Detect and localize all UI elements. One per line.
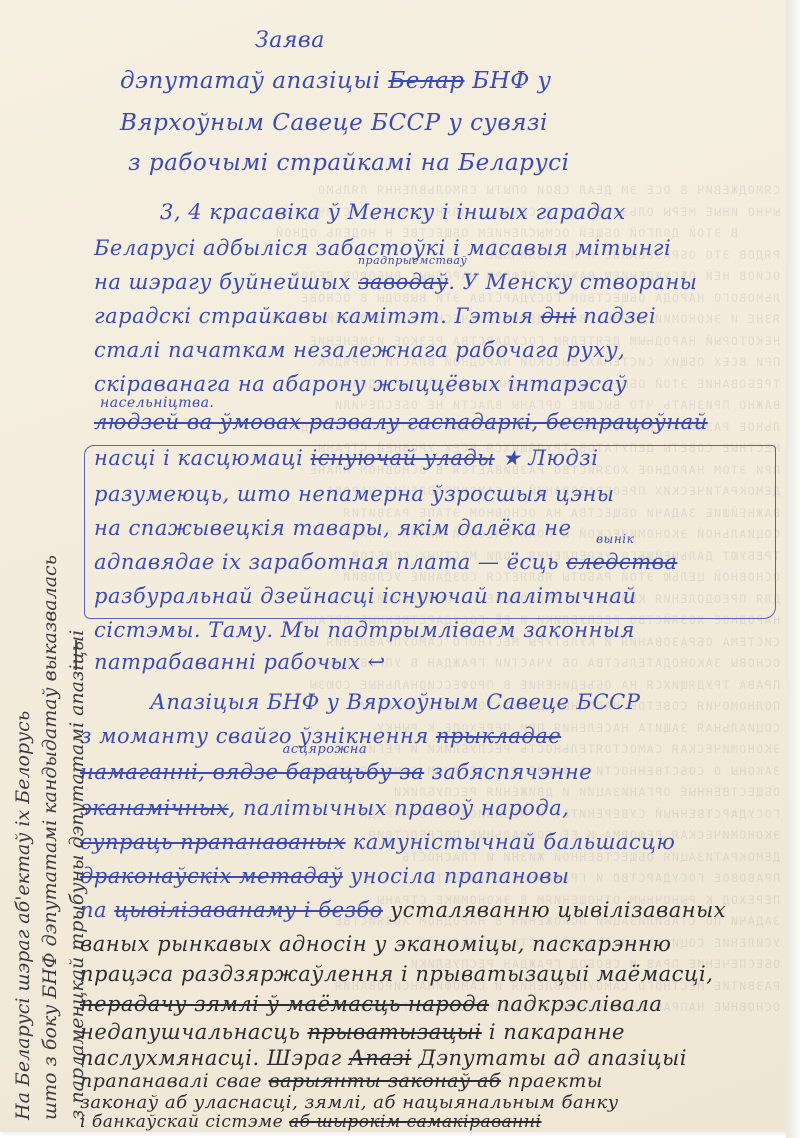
heading-line-3: з рабочымі страйкамі на Беларусі (128, 150, 569, 176)
paragraph-2-line-11: недапушчальнасць прыватызацыі і пакаранн… (80, 1020, 625, 1044)
paragraph-2-line-9: працэса раздзяржаўлення і прыватызацыі м… (80, 962, 713, 986)
paragraph-2-line-7: па цывілізаванаму і безбо усталяванню цы… (80, 898, 726, 922)
struck-text: намаганні, (80, 760, 213, 784)
heading-line-1: дэпутатаў апазіцыі Белар БНФ у (120, 68, 552, 94)
paragraph-1-line-7: людзей ва ўмовах развалу гаспадаркі, бес… (94, 410, 708, 434)
paragraph-1-line-6: скіраванага на абарону жыццёвых інтарэса… (94, 372, 627, 396)
heading-line-2: Вярхоўным Савеце БССР у сувязі (120, 110, 548, 136)
margin-note-line-2: што з боку БНФ дэпутатамі кандыдатаў вык… (37, 300, 64, 1120)
body-text: , палітычных правоў народа, (229, 796, 570, 820)
body-text: гарадскі страйкавы камітэт. Гэтыя (94, 304, 541, 328)
body-text: уносіла прапановы (343, 864, 570, 888)
paragraph-2-line-6: драконаўскіх метадаў уносіла прапановы (80, 864, 570, 888)
struck-text: прыкладае (436, 724, 561, 748)
correction: прадпрыемстваўзаводаў (358, 270, 448, 294)
body-text: на шэрагу буйнейшых (94, 270, 358, 294)
insertion-text: вынік (596, 532, 634, 546)
struck-text: Апазі (349, 1046, 412, 1070)
boxed-line-3: адпавядае іх заработная плата — ёсць вын… (94, 550, 677, 574)
struck-text: супраць прапанаваных (80, 830, 346, 854)
struck-text: прыватызацыі (307, 1020, 481, 1044)
margin-note-line-1: На Беларусі шэраг аб'ектаў іх Белорусь (10, 300, 37, 1120)
correction: асцярожнавядзе барацьбу за (213, 760, 425, 784)
struck-text: драконаўскіх метадаў (80, 864, 343, 888)
body-text: і банкаўскай сістэме (80, 1112, 289, 1132)
paragraph-2-line-12: паслухмянасці. Шэраг Апазі Дэпутаты ад а… (80, 1046, 687, 1070)
boxed-line-5: сістэмы. Таму. Мы падтрымліваем законныя (94, 618, 635, 642)
margin-note-vertical: На Беларусі шэраг аб'ектаў іх Белорусь ш… (10, 300, 91, 1120)
struck-text: перадачу зямлі ў маёмасць народа (80, 992, 489, 1016)
struck-text: цывілізаванаму і безбо (114, 898, 383, 922)
page-edge (786, 0, 800, 1138)
boxed-line-2: на спажывецкія тавары, якім далёка не (94, 516, 571, 540)
struck-text: Белар (388, 68, 464, 94)
body-text: праекты (501, 1070, 603, 1092)
insertion-text: асцярожна (283, 742, 367, 757)
body-text: усталяванню цывілізаваных (383, 898, 726, 922)
body-text: камуністычнай бальшасцю (346, 830, 676, 854)
paragraph-2-line-15: і банкаўскай сістэме аб шырокім самакіра… (80, 1112, 541, 1132)
boxed-line-4: разбуральнай дзейнасці існуючай палітычн… (94, 584, 636, 608)
struck-text: дні (541, 304, 576, 328)
paragraph-2-line-14: законаў аб уласнасці, зямлі, аб нацыянал… (80, 1092, 619, 1113)
struck-text: вядзе барацьбу за (213, 760, 425, 784)
body-text: прапанавалі свае (80, 1070, 269, 1092)
correction: вынікследства (566, 550, 677, 574)
body-text: і пакаранне (482, 1020, 625, 1044)
struck-text: следства (566, 550, 677, 574)
insertion-text: насельніцтва. (100, 395, 214, 411)
paragraph-1-line-4: гарадскі страйкавы камітэт. Гэтыя дні па… (94, 304, 656, 328)
struck-text: аб шырокім самакіраванні (289, 1112, 541, 1132)
paragraph-2-line-3: намаганні, асцярожнавядзе барацьбу за за… (80, 760, 592, 784)
body-text: падзеі (576, 304, 656, 328)
insertion-text: прадпрыемстваў (358, 254, 467, 267)
paragraph-2-line-10: перадачу зямлі ў маёмасць народа падкрэс… (80, 992, 662, 1016)
struck-text: заводаў (358, 270, 448, 294)
body-text: . У Менску створаны (448, 270, 697, 294)
heading-text: дэпутатаў апазіцыі (120, 68, 388, 94)
margin-note-line-3: з парламенцкай трыбуны дэпутатамі апазіц… (64, 300, 91, 1120)
boxed-line-1: разумеюць, што непамерна ўзросшыя цэны (94, 482, 615, 506)
body-text: падкрэслівала (489, 992, 662, 1016)
paragraph-2-line-1: Апазіцыя БНФ у Вярхоўным Савеце БССР (150, 690, 640, 714)
boxed-line-6: патрабаванні рабочых ↩ (94, 650, 386, 674)
paragraph-2-line-4: эканамічных, палітычных правоў народа, (80, 796, 569, 820)
body-text: паслухмянасці. Шэраг (80, 1046, 349, 1070)
paragraph-1-line-1: 3, 4 красавіка ў Менску і іншых гарадах (160, 200, 626, 224)
paragraph-2-line-8: ваных рынкавых адносін у эканоміцы, паск… (80, 932, 671, 956)
struck-text: варыянты законаў аб (269, 1070, 501, 1092)
document-title: Заява (255, 28, 325, 53)
paragraph-2-line-13: прапанавалі свае варыянты законаў аб пра… (80, 1070, 603, 1092)
body-text: забяспячэнне (424, 760, 592, 784)
body-text: недапушчальнасць (80, 1020, 307, 1044)
body-text: Дэпутаты ад апазіцыі (411, 1046, 687, 1070)
body-text: з моманту свайго ўзнікнення (80, 724, 436, 748)
struck-text: эканамічных (80, 796, 229, 820)
heading-text: БНФ у (465, 68, 552, 94)
body-text: адпавядае іх заработная плата — ёсць (94, 550, 566, 574)
paragraph-2-line-5: супраць прапанаваных камуністычнай бальш… (80, 830, 675, 854)
paragraph-1-line-5: сталі пачаткам незалежнага рабочага руху… (94, 338, 625, 362)
paragraph-1-line-3: на шэрагу буйнейшых прадпрыемстваўзавода… (94, 270, 697, 294)
